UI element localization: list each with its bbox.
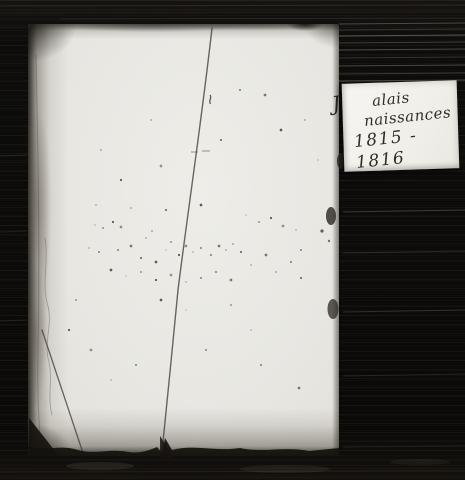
film-bottom-smudges: [66, 459, 450, 473]
register-cover-page: [28, 24, 339, 456]
microfilm-background: J u alais naissances 1815 - 1816: [0, 0, 465, 480]
archive-label: alais naissances 1815 - 1816: [342, 80, 460, 172]
label-text: alais naissances 1815 - 1816: [349, 84, 462, 174]
